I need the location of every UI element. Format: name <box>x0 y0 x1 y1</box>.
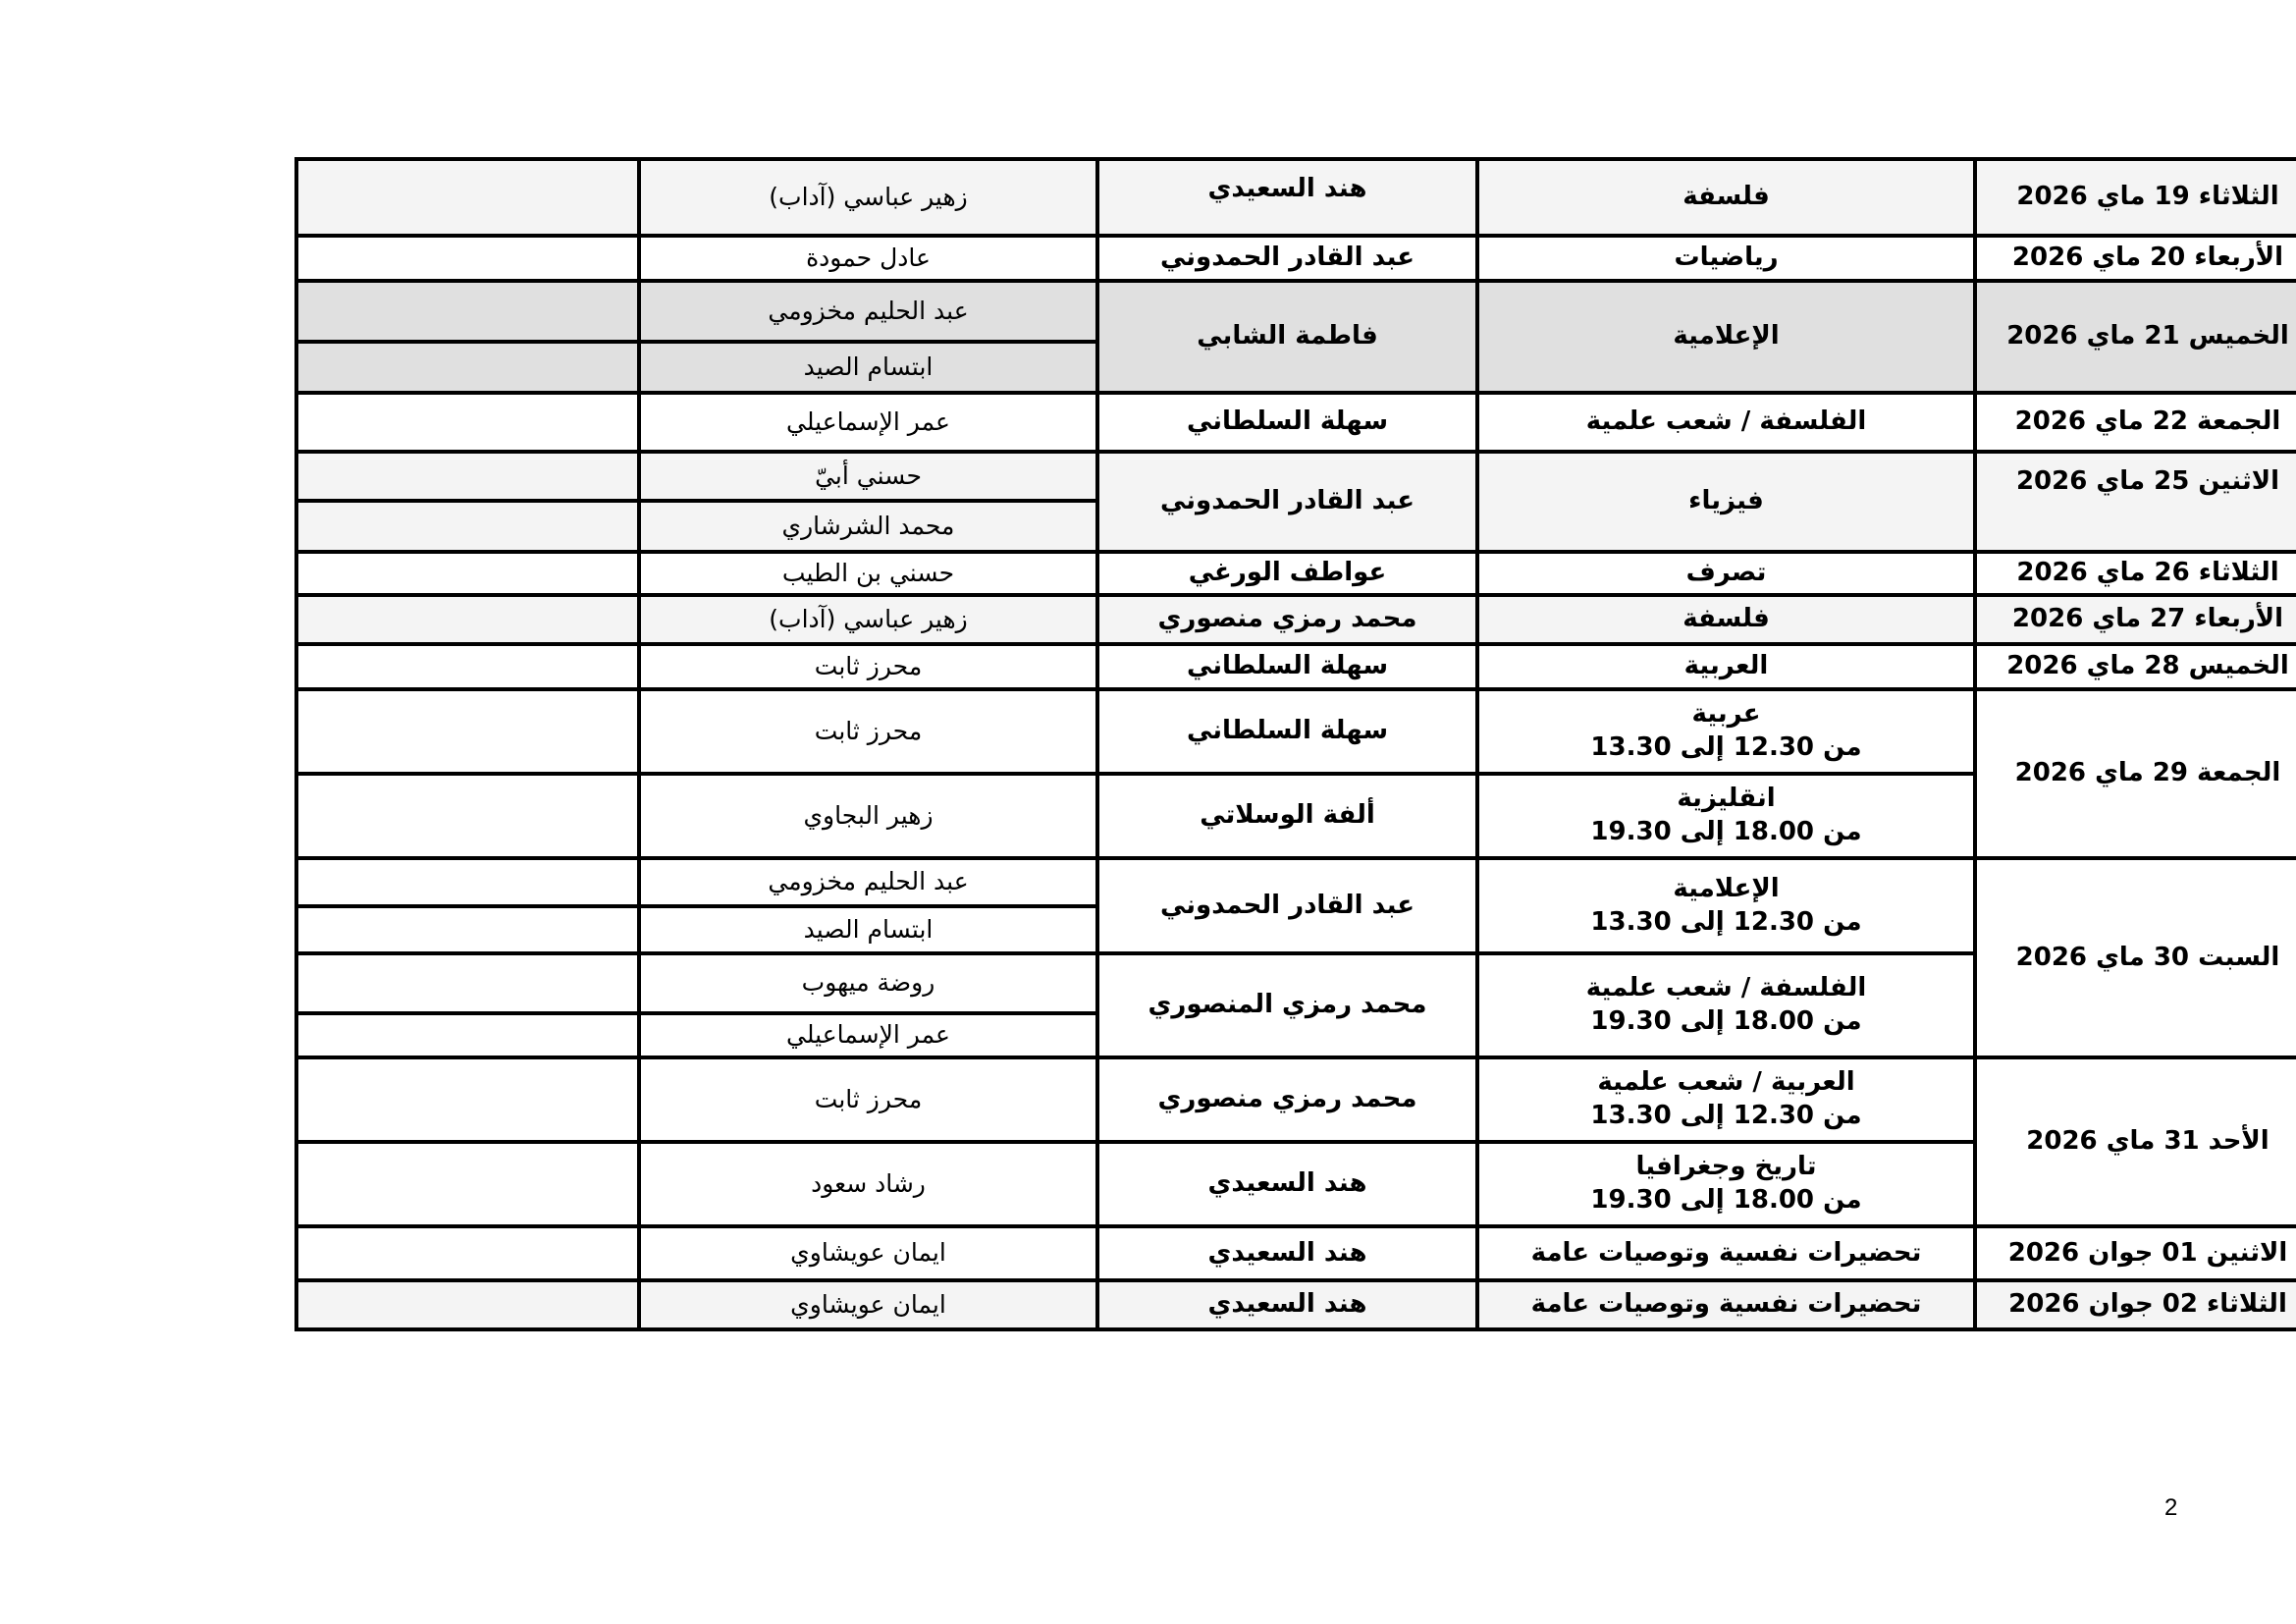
date-cell: الاثنين 01 جوان 2026 <box>1975 1226 2296 1280</box>
date-cell: الأحد 31 ماي 2026 <box>1975 1057 2296 1226</box>
date-cell: الأربعاء 27 ماي 2026 <box>1975 595 2296 644</box>
session-time: من 18.00 إلى 19.30 <box>1487 816 1965 849</box>
names-cell: روضة ميهوب <box>639 953 1097 1013</box>
names-cell: محرز ثابت <box>639 689 1097 774</box>
subject-cell: تحضيرات نفسية وتوصيات عامة <box>1477 1226 1975 1280</box>
date-cell: الاثنين 25 ماي 2026 <box>1975 452 2296 552</box>
subject-cell: رياضيات <box>1477 236 1975 281</box>
table-row: زهير عباسي (آداب) هند السعيدي فلسفة الثل… <box>296 159 2296 236</box>
blank-cell <box>296 689 639 774</box>
subject-cell: تحضيرات نفسية وتوصيات عامة <box>1477 1280 1975 1329</box>
date-cell: الثلاثاء 26 ماي 2026 <box>1975 552 2296 595</box>
names-cell: زهير البجاوي <box>639 774 1097 858</box>
teacher-cell: محمد رمزي منصوري <box>1097 1057 1477 1142</box>
subject-cell: الإعلامية <box>1477 281 1975 393</box>
blank-cell <box>296 953 639 1013</box>
page-number: 2 <box>2164 1494 2177 1522</box>
subject-cell: الفلسفة / شعب علمية من 18.00 إلى 19.30 <box>1477 953 1975 1057</box>
blank-cell <box>296 1142 639 1226</box>
table-row: عادل حمودة عبد القادر الحمدوني رياضيات ا… <box>296 236 2296 281</box>
session-time: من 18.00 إلى 19.30 <box>1487 1005 1965 1039</box>
subject-cell: فلسفة <box>1477 159 1975 236</box>
teacher-cell: عواطف الورغي <box>1097 552 1477 595</box>
blank-cell <box>296 236 639 281</box>
teacher-cell: محمد رمزي منصوري <box>1097 595 1477 644</box>
table-row: ايمان عويشاوي هند السعيدي تحضيرات نفسية … <box>296 1280 2296 1329</box>
teacher-cell: محمد رمزي المنصوري <box>1097 953 1477 1057</box>
names-cell: زهير عباسي (آداب) <box>639 159 1097 236</box>
names-cell: رشاد سعود <box>639 1142 1097 1226</box>
names-cell: عمر الإسماعيلي <box>639 393 1097 452</box>
table-row: حسني أبيّ عبد القادر الحمدوني فيزياء الا… <box>296 452 2296 501</box>
teacher-cell: سهلة السلطاني <box>1097 689 1477 774</box>
exam-schedule-table: زهير عباسي (آداب) هند السعيدي فلسفة الثل… <box>294 157 2296 1331</box>
table-row: محرز ثابت محمد رمزي منصوري العربية / شعب… <box>296 1057 2296 1142</box>
subject-name: الفلسفة / شعب علمية <box>1487 972 1965 1005</box>
teacher-cell: هند السعيدي <box>1097 159 1477 236</box>
names-cell: محمد الشرشاري <box>639 501 1097 552</box>
table-row: حسني بن الطيب عواطف الورغي تصرف الثلاثاء… <box>296 552 2296 595</box>
blank-cell <box>296 159 639 236</box>
teacher-cell: هند السعيدي <box>1097 1280 1477 1329</box>
names-cell: محرز ثابت <box>639 1057 1097 1142</box>
subject-cell: عربية من 12.30 إلى 13.30 <box>1477 689 1975 774</box>
names-cell: عادل حمودة <box>639 236 1097 281</box>
names-cell: ابتسام الصيد <box>639 906 1097 953</box>
blank-cell <box>296 774 639 858</box>
teacher-cell: سهلة السلطاني <box>1097 644 1477 689</box>
subject-name: تاريخ وجغرافيا <box>1487 1151 1965 1184</box>
subject-cell: العربية <box>1477 644 1975 689</box>
blank-cell <box>296 501 639 552</box>
table-row: عبد الحليم مخزومي فاطمة الشابي الإعلامية… <box>296 281 2296 342</box>
blank-cell <box>296 1226 639 1280</box>
subject-name: انقليزية <box>1487 783 1965 816</box>
teacher-cell: عبد القادر الحمدوني <box>1097 858 1477 953</box>
date-cell: الثلاثاء 19 ماي 2026 <box>1975 159 2296 236</box>
blank-cell <box>296 858 639 906</box>
subject-cell: فلسفة <box>1477 595 1975 644</box>
subject-name: الإعلامية <box>1487 873 1965 906</box>
subject-cell: انقليزية من 18.00 إلى 19.30 <box>1477 774 1975 858</box>
table-row: محرز ثابت سهلة السلطاني عربية من 12.30 إ… <box>296 689 2296 774</box>
teacher-cell: ألفة الوسلاتي <box>1097 774 1477 858</box>
names-cell: عبد الحليم مخزومي <box>639 281 1097 342</box>
teacher-cell: عبد القادر الحمدوني <box>1097 236 1477 281</box>
names-cell: ابتسام الصيد <box>639 342 1097 393</box>
date-cell: الثلاثاء 02 جوان 2026 <box>1975 1280 2296 1329</box>
blank-cell <box>296 452 639 501</box>
date-cell: الجمعة 29 ماي 2026 <box>1975 689 2296 858</box>
blank-cell <box>296 1013 639 1057</box>
date-cell: الأربعاء 20 ماي 2026 <box>1975 236 2296 281</box>
blank-cell <box>296 342 639 393</box>
table-row: زهير عباسي (آداب) محمد رمزي منصوري فلسفة… <box>296 595 2296 644</box>
teacher-cell: هند السعيدي <box>1097 1142 1477 1226</box>
teacher-cell: عبد القادر الحمدوني <box>1097 452 1477 552</box>
date-cell: الخميس 28 ماي 2026 <box>1975 644 2296 689</box>
subject-cell: الفلسفة / شعب علمية <box>1477 393 1975 452</box>
names-cell: ايمان عويشاوي <box>639 1226 1097 1280</box>
document-page: زهير عباسي (آداب) هند السعيدي فلسفة الثل… <box>0 0 2296 1624</box>
date-cell: السبت 30 ماي 2026 <box>1975 858 2296 1057</box>
teacher-cell: سهلة السلطاني <box>1097 393 1477 452</box>
names-cell: حسني بن الطيب <box>639 552 1097 595</box>
session-time: من 12.30 إلى 13.30 <box>1487 906 1965 940</box>
subject-cell: العربية / شعب علمية من 12.30 إلى 13.30 <box>1477 1057 1975 1142</box>
names-cell: عبد الحليم مخزومي <box>639 858 1097 906</box>
blank-cell <box>296 393 639 452</box>
names-cell: محرز ثابت <box>639 644 1097 689</box>
blank-cell <box>296 281 639 342</box>
names-cell: ايمان عويشاوي <box>639 1280 1097 1329</box>
table-row: محرز ثابت سهلة السلطاني العربية الخميس 2… <box>296 644 2296 689</box>
table-row: عمر الإسماعيلي سهلة السلطاني الفلسفة / ش… <box>296 393 2296 452</box>
subject-cell: تصرف <box>1477 552 1975 595</box>
names-cell: عمر الإسماعيلي <box>639 1013 1097 1057</box>
blank-cell <box>296 595 639 644</box>
names-cell: حسني أبيّ <box>639 452 1097 501</box>
session-time: من 12.30 إلى 13.30 <box>1487 731 1965 765</box>
teacher-cell: فاطمة الشابي <box>1097 281 1477 393</box>
table-row: عبد الحليم مخزومي عبد القادر الحمدوني ال… <box>296 858 2296 906</box>
subject-cell: تاريخ وجغرافيا من 18.00 إلى 19.30 <box>1477 1142 1975 1226</box>
date-cell: الجمعة 22 ماي 2026 <box>1975 393 2296 452</box>
blank-cell <box>296 1280 639 1329</box>
blank-cell <box>296 906 639 953</box>
subject-name: عربية <box>1487 698 1965 731</box>
blank-cell <box>296 1057 639 1142</box>
subject-name: العربية / شعب علمية <box>1487 1066 1965 1100</box>
subject-cell: الإعلامية من 12.30 إلى 13.30 <box>1477 858 1975 953</box>
date-cell: الخميس 21 ماي 2026 <box>1975 281 2296 393</box>
table-row: ايمان عويشاوي هند السعيدي تحضيرات نفسية … <box>296 1226 2296 1280</box>
session-time: من 18.00 إلى 19.30 <box>1487 1184 1965 1218</box>
names-cell: زهير عباسي (آداب) <box>639 595 1097 644</box>
session-time: من 12.30 إلى 13.30 <box>1487 1100 1965 1133</box>
subject-cell: فيزياء <box>1477 452 1975 552</box>
teacher-cell: هند السعيدي <box>1097 1226 1477 1280</box>
blank-cell <box>296 644 639 689</box>
blank-cell <box>296 552 639 595</box>
